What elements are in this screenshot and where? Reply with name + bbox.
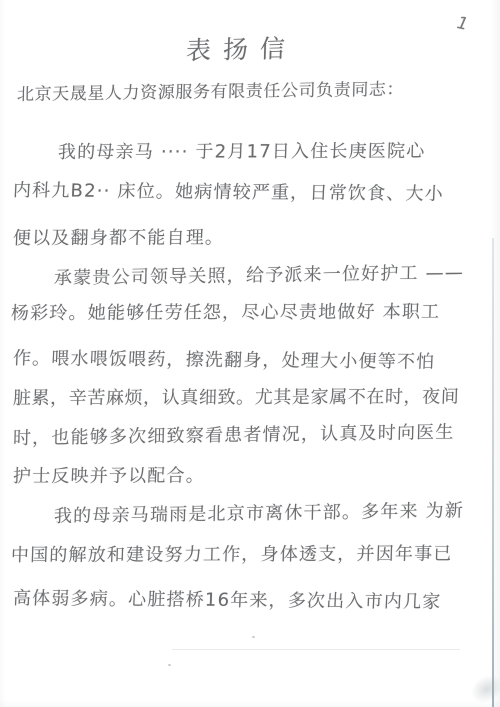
letter-line: 护士反映并予以配合。 [13, 461, 206, 488]
scan-speck [252, 636, 255, 638]
letter-line: 杨彩玲。她能够任劳任怨，尽心尽责地做好 本职工 [11, 297, 441, 325]
letter-line: 中国的解放和建设努力工作，身体透支，并因年事已 [11, 539, 453, 567]
scan-corner-smudge [466, 669, 500, 707]
scan-speck [168, 664, 171, 666]
letter-line: 高体弱多病。心脏搭桥16年来，多次出入市内几家 [12, 584, 442, 614]
salutation-line: 北京天晟星人力资源服务有限责任公司负责同志： [17, 75, 405, 105]
scanned-letter-page: 1 表扬信 北京天晟星人力资源服务有限责任公司负责同志： 我的母亲马 ···· … [0, 0, 500, 707]
letter-line: 作。喂水喂饭喂药，擦洗翻身，处理大小便等不怕 [12, 344, 436, 374]
letter-line: 我的母亲马 ···· 于2月17日入住长庚医院心 [58, 137, 426, 164]
letter-line: 时，也能够多次细致察看患者情况，认真及时向医生 [13, 418, 455, 450]
letter-line: 内科九B2·· 床位。她病情较严重，日常饮食、大小 [12, 176, 444, 206]
page-number: 1 [455, 13, 470, 35]
letter-line: 承蒙贵公司领导关照，给予派来一位好护工 —— [54, 258, 465, 290]
letter-title: 表扬信 [185, 29, 297, 67]
letter-line: 便以及翻身都不能自理。 [13, 223, 225, 250]
letter-line: 我的母亲马瑞雨是北京市离休干部。多年来 为新 [54, 496, 465, 528]
letter-line: 脏累，辛苦麻烦，认真细致。尤其是家属不在时，夜间 [13, 382, 460, 410]
scan-edge-line [492, 238, 494, 707]
scan-artifact-line [172, 649, 460, 650]
